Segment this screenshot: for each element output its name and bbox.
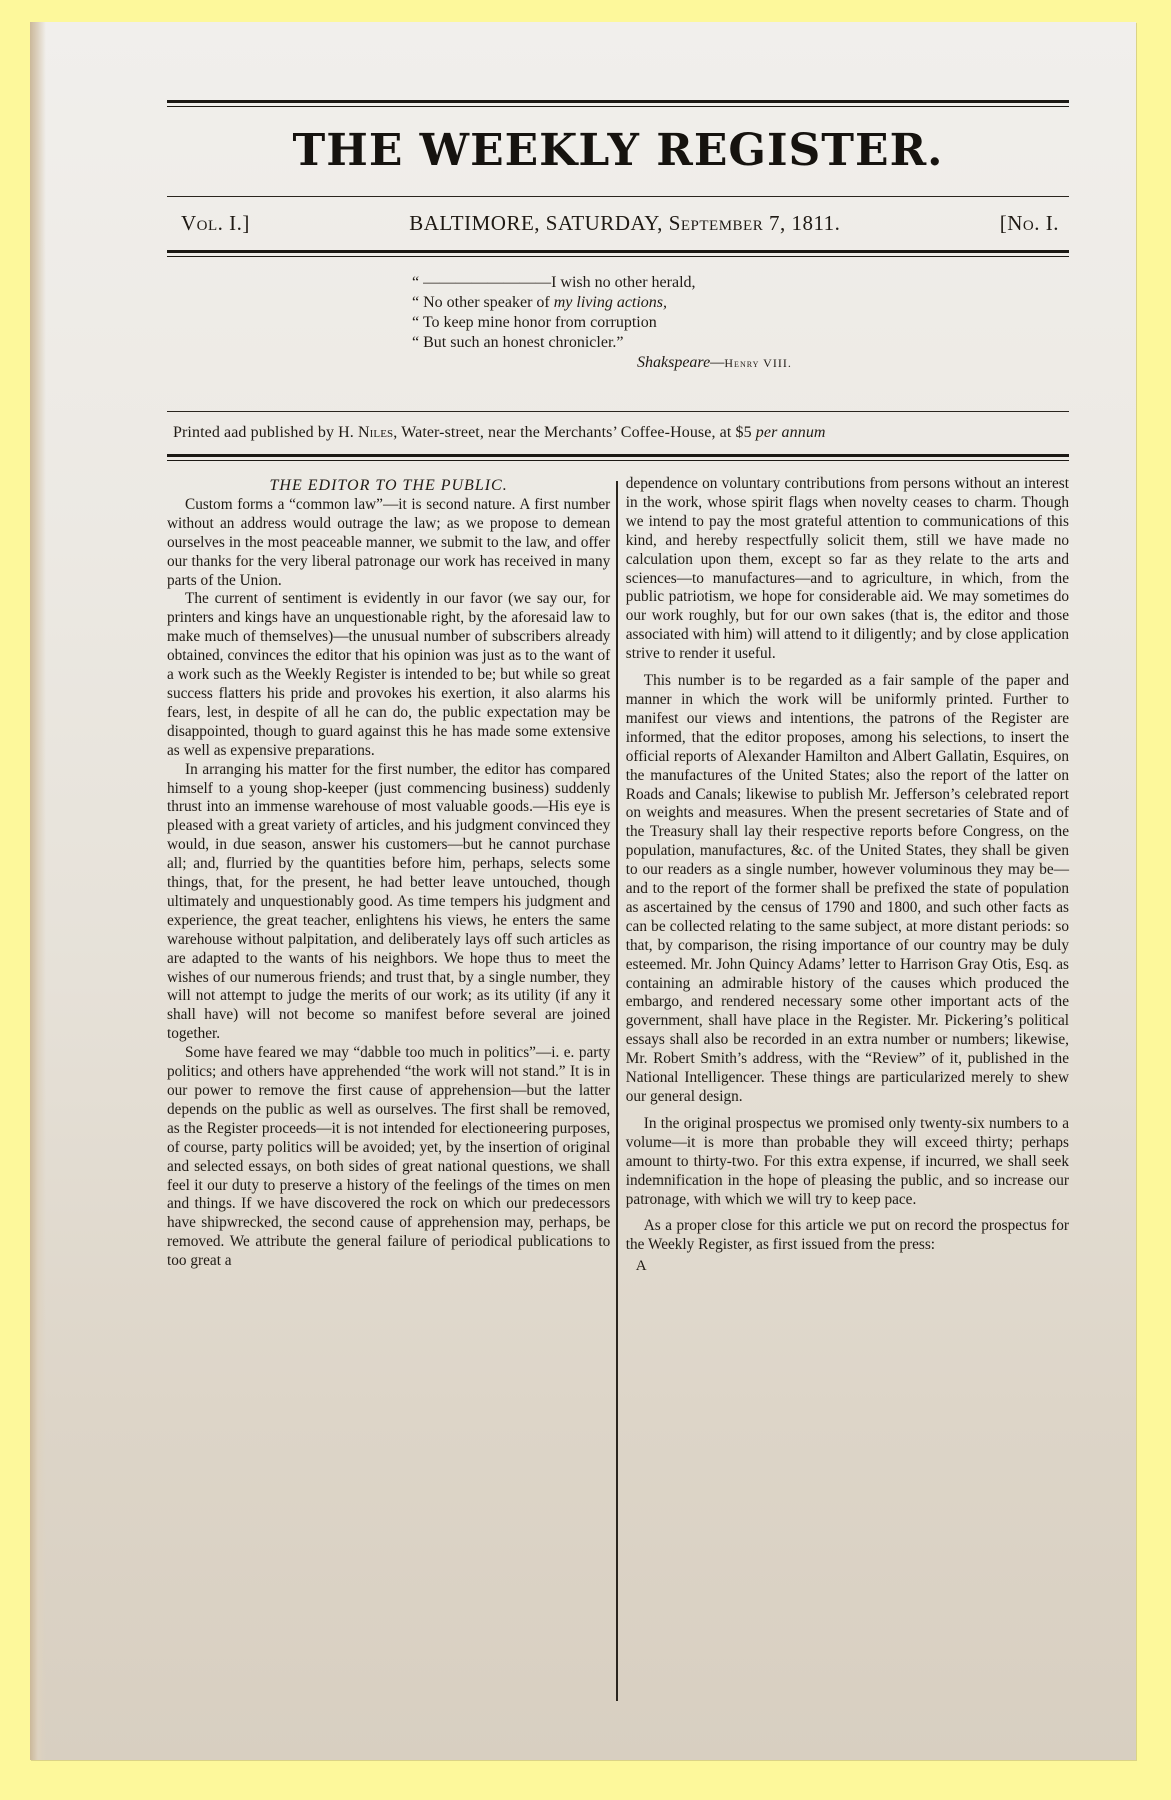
article-paragraph: As a proper close for this article we pu… <box>626 1217 1069 1255</box>
masthead-top-rule <box>167 100 1069 107</box>
dateline-center: BALTIMORE, SATURDAY, September 7, 1811. <box>409 211 840 236</box>
epigraph-line: “ No other speaker of my living actions, <box>412 293 1069 313</box>
article-paragraph: dependence on voluntary contributions fr… <box>626 475 1069 664</box>
masthead-title: THE WEEKLY REGISTER. <box>167 125 1069 176</box>
article-paragraph: The current of sentiment is evidently in… <box>167 590 610 760</box>
imprint-rest: , Water-street, near the Merchants’ Coff… <box>393 424 756 441</box>
issue-number: [No. I. <box>1000 211 1059 236</box>
article-paragraph: Some have feared we may “dabble too much… <box>167 1044 610 1271</box>
epigraph-line: “ But such an honest chronicler.” <box>412 333 1069 353</box>
epigraph-line: “ To keep mine honor from corruption <box>412 313 1069 333</box>
article-headline: THE EDITOR TO THE PUBLIC. <box>167 477 610 496</box>
article-paragraph: In arranging his matter for the first nu… <box>167 761 610 1045</box>
imprint-bottom-rule <box>167 454 1069 461</box>
imprint-price-unit: per annum <box>756 424 826 441</box>
epigraph-author: Shakspeare— <box>637 354 724 371</box>
left-column: THE EDITOR TO THE PUBLIC. Custom forms a… <box>167 475 616 1701</box>
dateline: Vol. I.] BALTIMORE, SATURDAY, September … <box>167 197 1069 250</box>
article-columns: THE EDITOR TO THE PUBLIC. Custom forms a… <box>167 475 1069 1701</box>
article-paragraph: Custom forms a “common law”—it is second… <box>167 496 610 591</box>
newspaper-page: THE WEEKLY REGISTER. Vol. I.] BALTIMORE,… <box>30 22 1136 1760</box>
worn-page-edge <box>30 22 46 1760</box>
dateline-bottom-rule <box>167 250 1069 257</box>
dateline-place: BALTIMORE, SATURDAY, <box>409 211 668 235</box>
epigraph-italic: my living actions, <box>554 294 667 311</box>
volume-label: Vol. I.] <box>181 211 250 236</box>
epigraph-line-text: “ No other speaker of <box>412 294 554 311</box>
imprint-publisher: Niles <box>358 424 393 441</box>
dateline-date: September 7, 1811. <box>669 211 841 235</box>
right-column: dependence on voluntary contributions fr… <box>618 475 1069 1701</box>
epigraph-attribution: Shakspeare—Henry VIII. <box>637 353 1069 373</box>
signature-mark: A <box>626 1257 1069 1276</box>
epigraph-line: “ ————————I wish no other herald, <box>412 273 1069 293</box>
article-paragraph: In the original prospectus we promised o… <box>626 1115 1069 1210</box>
article-paragraph: This number is to be regarded as a fair … <box>626 672 1069 1107</box>
epigraph: “ ————————I wish no other herald, “ No o… <box>412 273 1069 373</box>
imprint-text: Printed aad published by H. <box>173 424 358 441</box>
epigraph-play: Henry VIII. <box>724 356 791 370</box>
page-content: THE WEEKLY REGISTER. Vol. I.] BALTIMORE,… <box>167 100 1069 1701</box>
imprint-line: Printed aad published by H. Niles, Water… <box>167 411 1069 454</box>
